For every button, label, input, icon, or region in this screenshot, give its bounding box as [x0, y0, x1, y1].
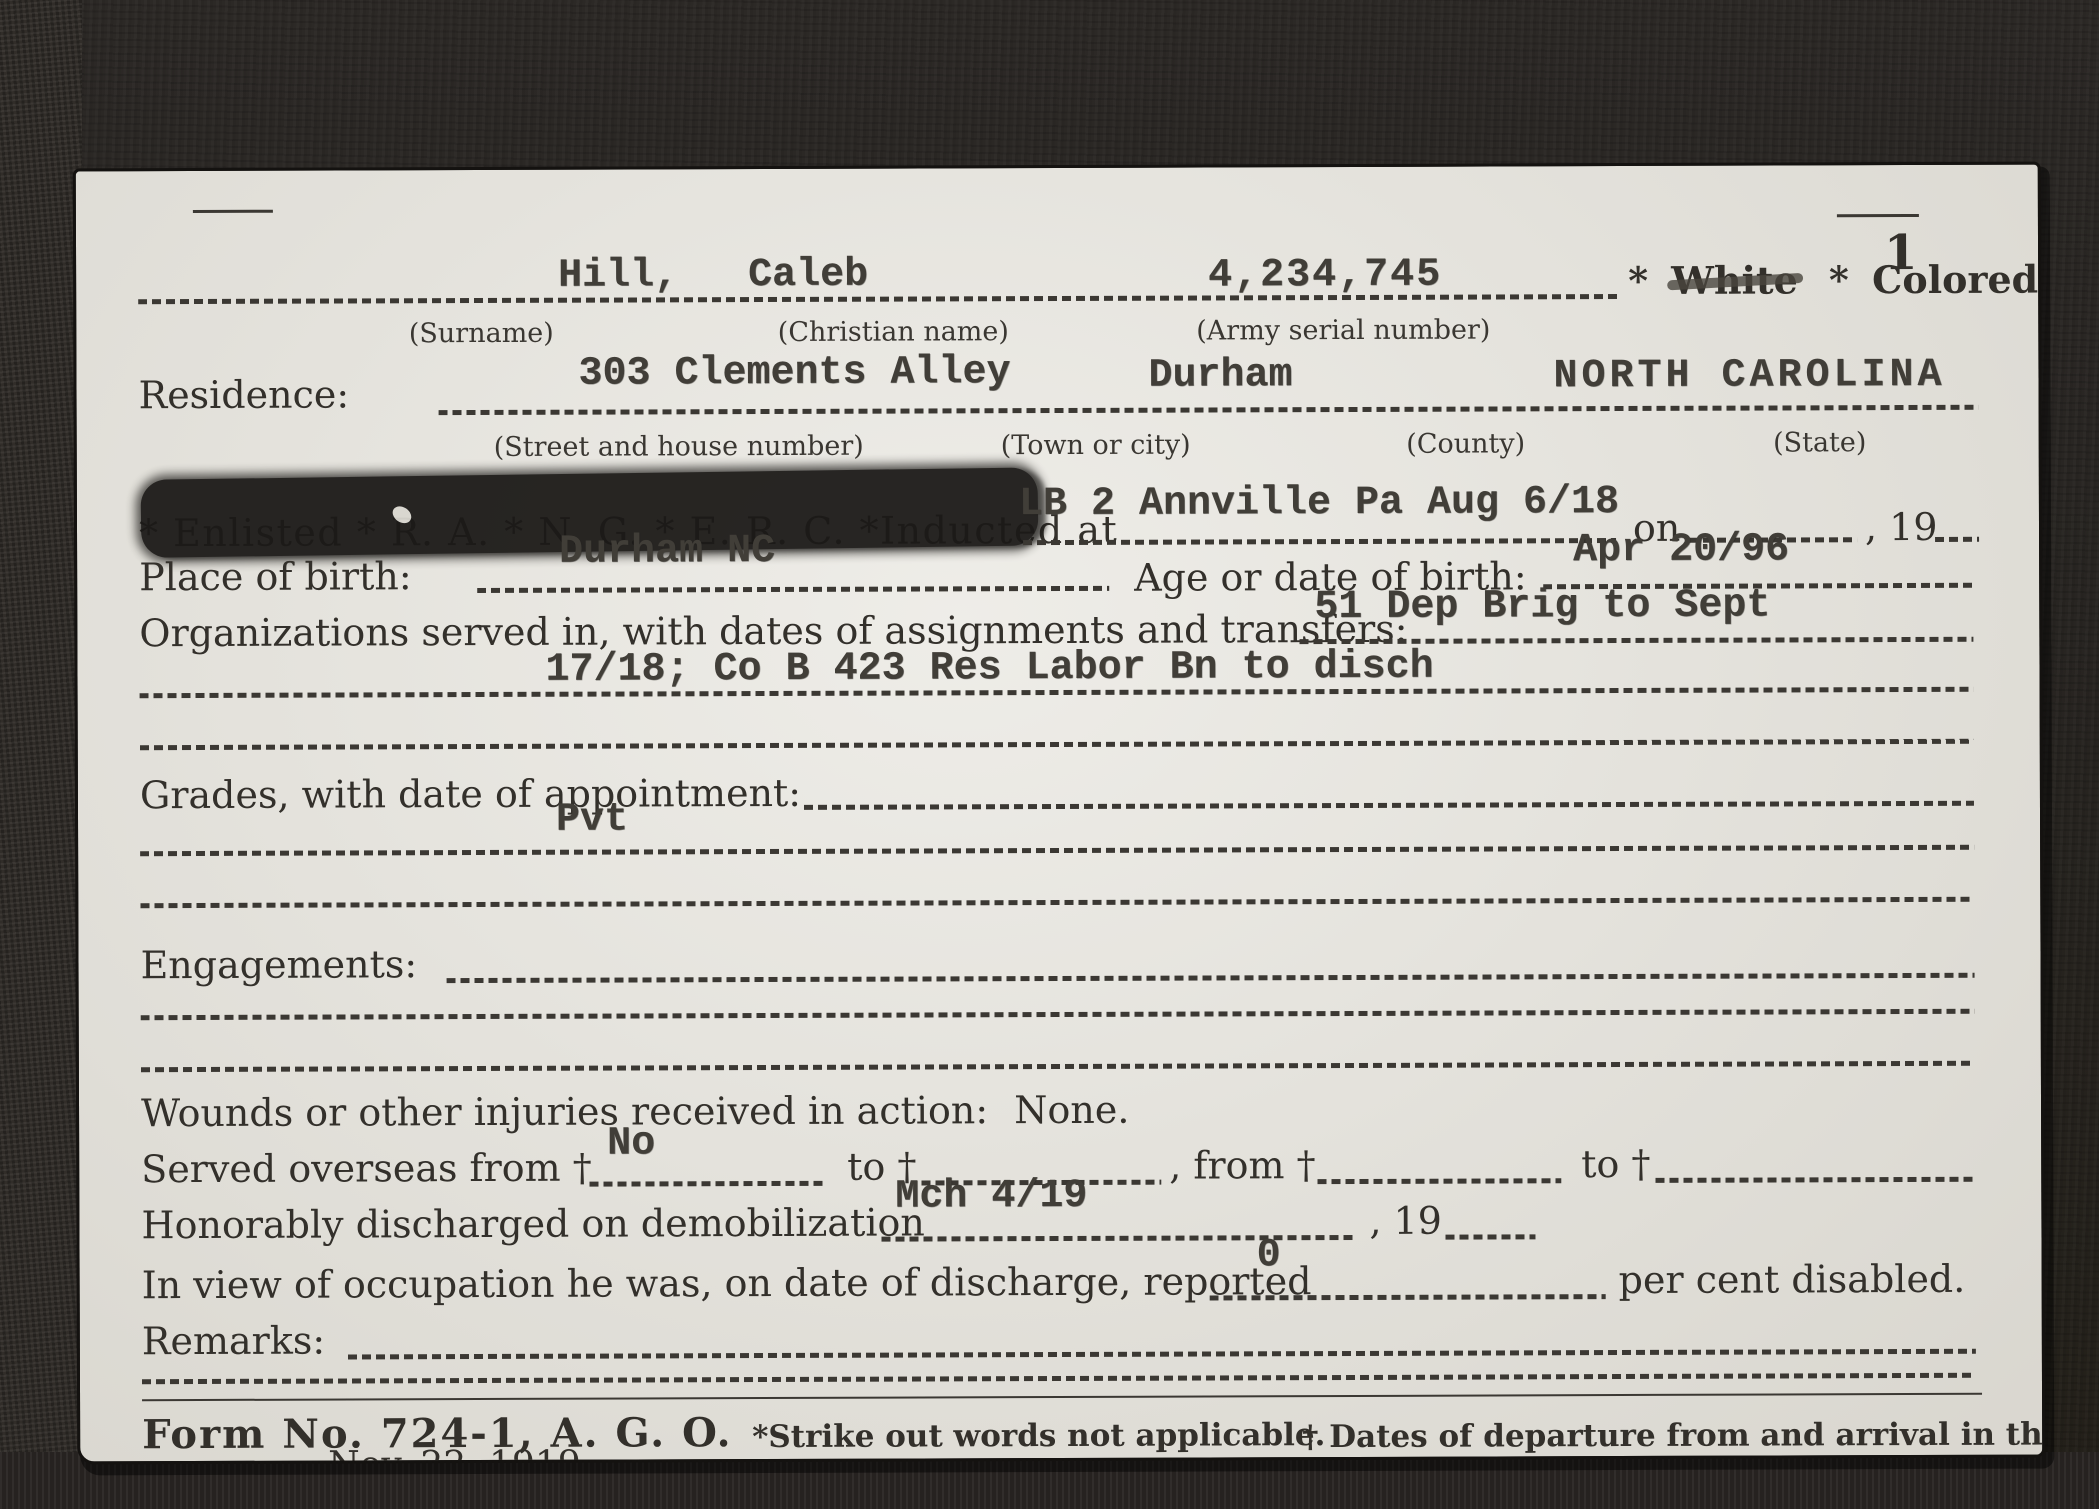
overseas-from1-label: Served overseas from †	[141, 1146, 592, 1192]
engagements-dotted-line-3	[141, 1061, 1975, 1072]
army-serial-number-value: 4,234,745	[1208, 253, 1442, 299]
engagements-dotted-line-1	[447, 973, 1975, 983]
overseas-dotted-line-1	[589, 1181, 824, 1187]
place-of-birth-dotted-line	[477, 586, 1109, 593]
binding-edge-texture	[0, 0, 82, 1509]
inducted-at-dotted-line	[1023, 538, 1616, 545]
overseas-from1-value: No	[607, 1121, 655, 1166]
state-label: (State)	[1773, 427, 1866, 458]
service-record-card: 1 Hill, Caleb 4,234,745 * White * Colore…	[76, 165, 2042, 1462]
disability-value: 0	[1256, 1233, 1280, 1278]
disability-suffix: per cent disabled.	[1619, 1257, 1966, 1302]
engagements-dotted-line-2	[141, 1009, 1975, 1020]
grades-dotted-line-3	[140, 897, 1974, 908]
disability-label: In view of occupation he was, on date of…	[142, 1259, 1312, 1307]
inducted-year-dotted-line	[1935, 537, 1979, 542]
wounds-label: Wounds or other injuries received in act…	[141, 1088, 988, 1135]
grades-dotted-line-2	[140, 845, 1974, 856]
footnote-dates: † Dates of departure from and arrival in…	[1302, 1416, 2042, 1455]
form-date: Nov. 22, 1919	[328, 1444, 581, 1462]
grades-value: Pvt	[556, 798, 628, 843]
place-of-birth-label: Place of birth:	[139, 554, 412, 599]
discharge-label: Honorably discharged on demobilization	[141, 1200, 925, 1247]
overseas-from2-label: , from †	[1169, 1143, 1316, 1188]
inducted-year-label: , 19	[1865, 505, 1938, 549]
discharge-year-label: , 19	[1369, 1199, 1442, 1243]
grades-dotted-line-1	[804, 801, 1974, 810]
scanned-photo-background: 1 Hill, Caleb 4,234,745 * White * Colore…	[0, 0, 2099, 1509]
footnote-strike-out: *Strike out words not applicable.	[752, 1417, 1325, 1455]
grades-label: Grades, with date of appointment:	[140, 771, 801, 817]
county-label: (County)	[1406, 428, 1525, 459]
christian-name-value: Caleb	[748, 253, 868, 298]
race-star-2: *	[1829, 257, 1849, 302]
street-label: (Street and house number)	[494, 431, 864, 463]
name-dotted-line	[138, 294, 1618, 304]
surname-value: Hill,	[558, 253, 678, 298]
date-of-birth-value: Apr 20/96	[1573, 527, 1789, 573]
race-star-1: *	[1628, 258, 1648, 303]
place-of-birth-value: Durham NC	[559, 529, 775, 575]
town-value: Durham	[1148, 353, 1292, 399]
footer-dotted-line	[142, 1373, 1976, 1384]
top-left-tick-line	[193, 210, 273, 213]
state-value: NORTH CAROLINA	[1553, 353, 1945, 399]
overseas-dotted-line-4	[1655, 1177, 1975, 1183]
inducted-at-value: LB 2 Annville Pa Aug 6/18	[1019, 480, 1619, 527]
organizations-dotted-line-3	[140, 739, 1974, 750]
race-option-white: White	[1671, 257, 1798, 302]
overseas-to2-label: to †	[1581, 1142, 1650, 1186]
footer-solid-line	[142, 1393, 1982, 1401]
engagements-label: Engagements:	[140, 942, 417, 987]
residence-dotted-line	[439, 405, 1979, 415]
army-serial-number-label: (Army serial number)	[1196, 314, 1490, 346]
race-selection-line: * White * Colored.	[1628, 257, 2042, 303]
discharge-value: Mch 4/19	[895, 1174, 1087, 1220]
race-option-colored: Colored.	[1872, 257, 2042, 303]
discharge-dotted-line-2	[1445, 1234, 1535, 1239]
remarks-label: Remarks:	[142, 1319, 325, 1364]
christian-name-label: (Christian name)	[778, 316, 1009, 348]
discharge-dotted-line-1	[881, 1235, 1357, 1242]
street-value: 303 Clements Alley	[578, 350, 1010, 397]
organizations-value-line2: 17/18; Co B 423 Res Labor Bn to disch	[545, 645, 1433, 693]
organizations-dotted-line-1	[1299, 637, 1973, 644]
wounds-value: None.	[1014, 1088, 1129, 1132]
surname-label: (Surname)	[409, 318, 554, 350]
residence-label: Residence:	[138, 372, 349, 417]
remarks-dotted-line	[348, 1349, 1976, 1360]
page-number-overline	[1837, 214, 1919, 217]
organizations-value-line1: 51 Dep Brig to Sept	[1314, 584, 1770, 631]
disability-dotted-line	[1210, 1294, 1606, 1300]
overseas-dotted-line-3	[1317, 1178, 1561, 1184]
town-label: (Town or city)	[1001, 430, 1191, 462]
